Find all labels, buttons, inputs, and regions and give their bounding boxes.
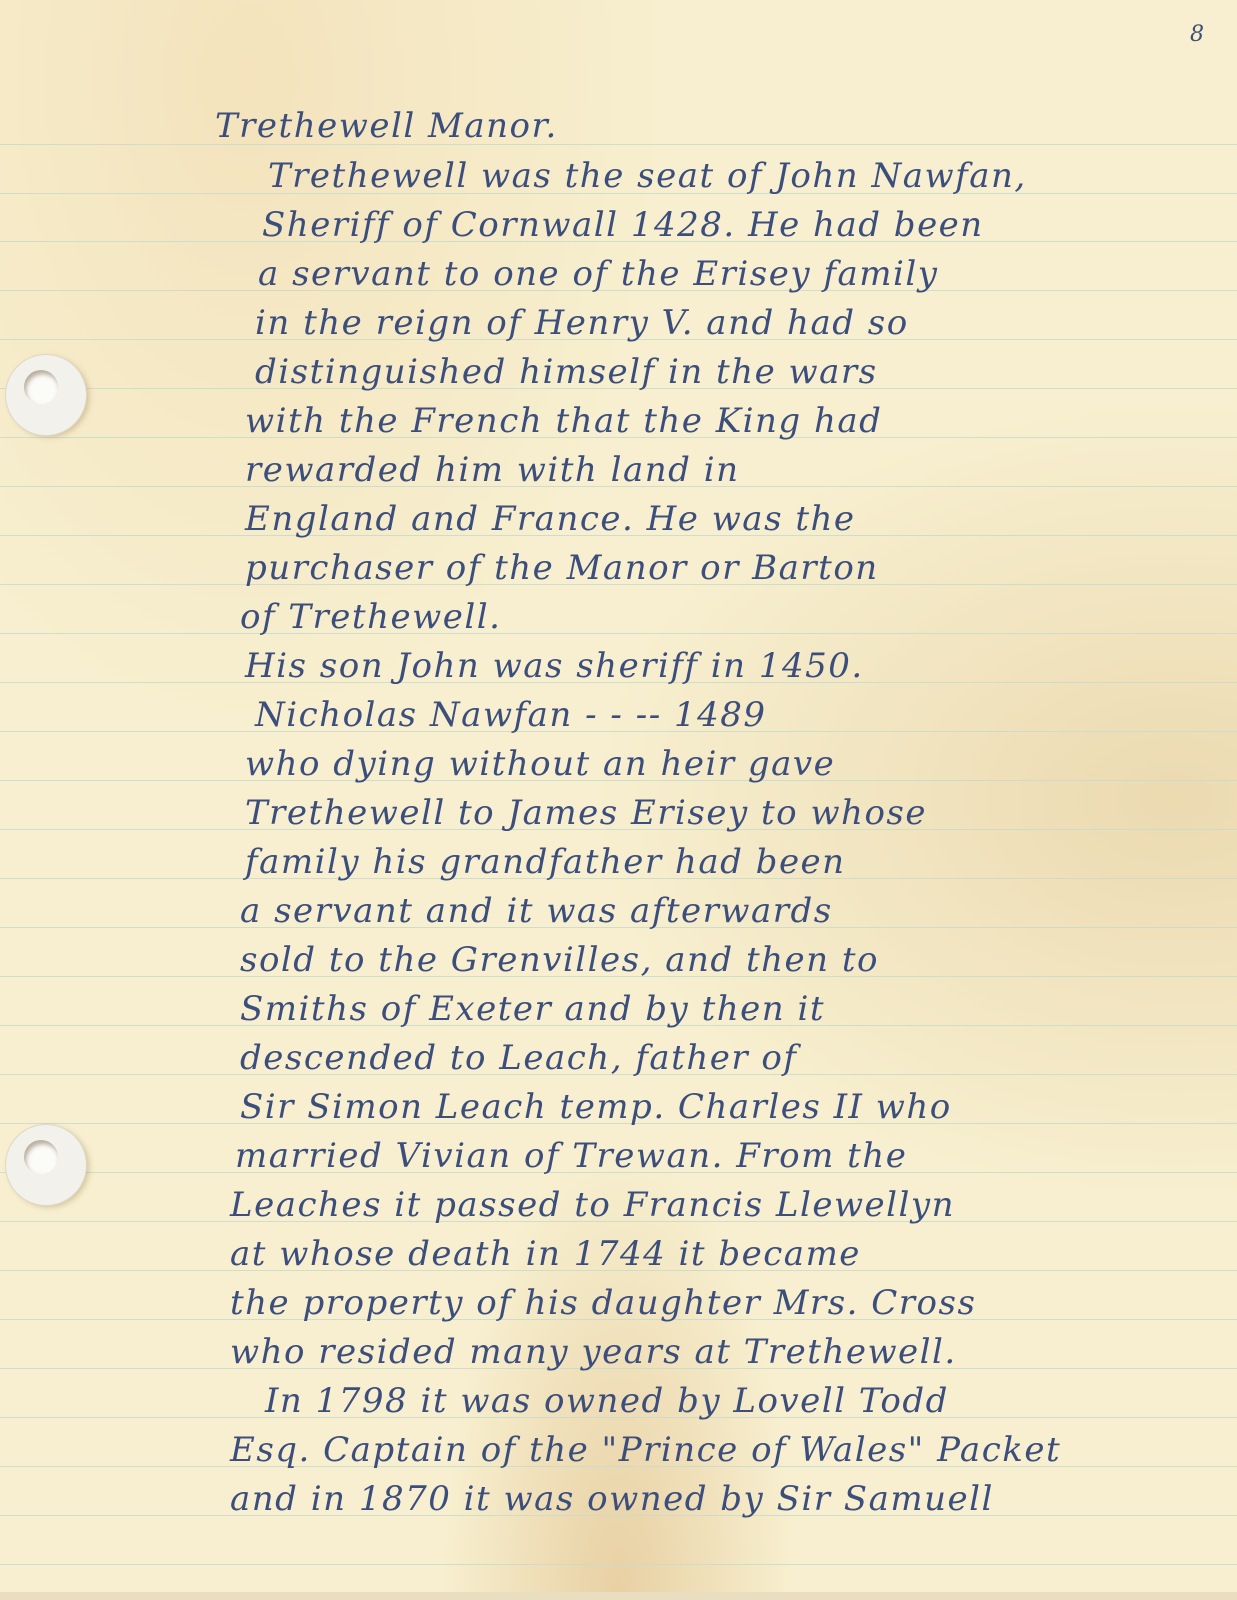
text-line: Trethewell was the seat of John Nawfan,: [268, 156, 1027, 196]
binder-hole: [6, 355, 86, 435]
text-line: a servant to one of the Erisey family: [258, 254, 938, 294]
text-line: Sheriff of Cornwall 1428. He had been: [262, 205, 984, 245]
text-line: a servant and it was afterwards: [240, 891, 833, 931]
text-line: purchaser of the Manor or Barton: [245, 548, 879, 588]
text-line: at whose death in 1744 it became: [230, 1234, 861, 1274]
text-line: Smiths of Exeter and by then it: [240, 989, 825, 1029]
text-line: Nicholas Nawfan - - -- 1489: [255, 695, 767, 735]
text-line: married Vivian of Trewan. From the: [235, 1136, 907, 1176]
notebook-page: 8 Trethewell Manor. Trethewell was the s…: [0, 0, 1237, 1600]
ruled-line: [0, 1564, 1237, 1565]
page-title: Trethewell Manor.: [215, 106, 558, 146]
text-line: Leaches it passed to Francis Llewellyn: [230, 1185, 955, 1225]
text-line: with the French that the King had: [245, 401, 882, 441]
text-line: His son John was sheriff in 1450.: [245, 646, 864, 686]
text-line: distinguished himself in the wars: [255, 352, 878, 392]
text-line: who dying without an heir gave: [245, 744, 835, 784]
text-line: England and France. He was the: [245, 499, 856, 539]
text-line: descended to Leach, father of: [240, 1038, 797, 1078]
text-line: In 1798 it was owned by Lovell Todd: [265, 1381, 949, 1421]
ruled-line: [0, 633, 1237, 634]
page-number: 8: [1190, 22, 1204, 47]
text-line: Trethewell to James Erisey to whose: [245, 793, 927, 833]
text-line: who resided many years at Trethewell.: [230, 1332, 957, 1372]
binder-hole: [6, 1125, 86, 1205]
text-line: Sir Simon Leach temp. Charles II who: [240, 1087, 952, 1127]
text-line: rewarded him with land in: [245, 450, 740, 490]
text-line: Esq. Captain of the "Prince of Wales" Pa…: [230, 1430, 1061, 1470]
text-line: the property of his daughter Mrs. Cross: [230, 1283, 976, 1323]
paper-edge: [0, 1592, 1237, 1600]
text-line: sold to the Grenvilles, and then to: [240, 940, 879, 980]
ruled-line: [0, 144, 1237, 145]
text-line: family his grandfather had been: [245, 842, 846, 882]
text-line: in the reign of Henry V. and had so: [255, 303, 909, 343]
text-line: and in 1870 it was owned by Sir Samuell: [230, 1479, 994, 1519]
text-line: of Trethewell.: [240, 597, 501, 637]
